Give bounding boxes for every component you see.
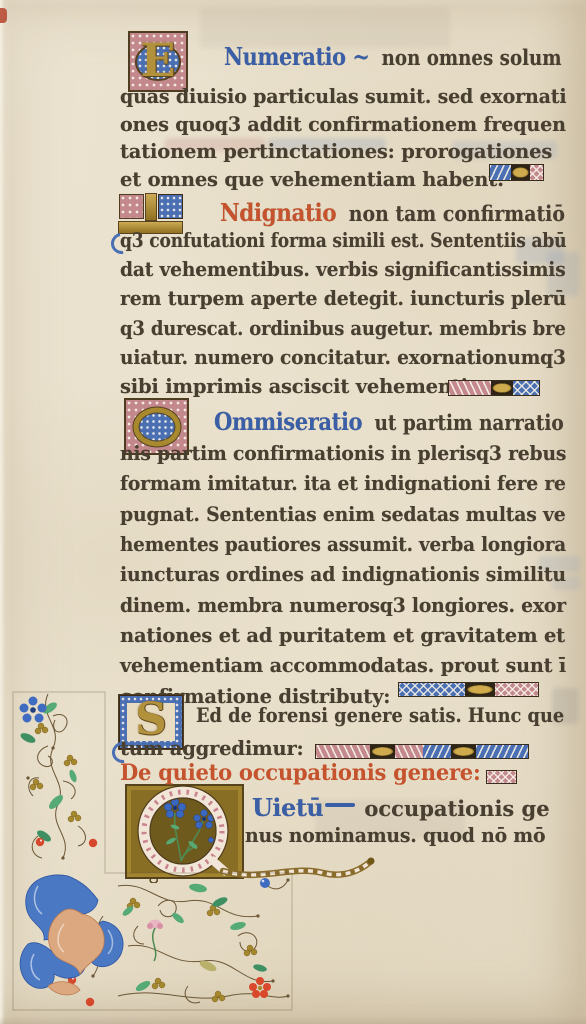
blue-berry-highlight	[262, 880, 265, 883]
text-line: dinem. membra numerosq3 longiores. exor	[120, 591, 549, 621]
initial-blue-square	[158, 194, 183, 219]
text-line: vehementiam accommodatas. prout sunt ī	[120, 651, 560, 681]
text-block: nis partim confirmationis in plerisq3 re…	[120, 439, 566, 712]
page-edge-shadow	[0, 1016, 586, 1024]
initial-rose-square	[119, 194, 144, 219]
filler-gold-oval	[370, 745, 396, 758]
first-line-rest: ut partim narratio	[374, 410, 563, 435]
text-line: nis partim confirmationis in plerisq3 re…	[120, 439, 549, 469]
text-first-line: Numeratio ~ non omnes solum	[224, 42, 562, 71]
filler-pink-segment	[395, 745, 423, 758]
text-first-line: Ed de forensi genere satis. Hunc que	[196, 703, 564, 727]
text-line: q3 durescat. ordinibus augetur. membris …	[120, 314, 532, 343]
text-line: q3 confutationi forma simili est. Senten…	[120, 226, 511, 255]
page-edge-highlight	[0, 0, 5, 1024]
filler-pink-segment	[316, 745, 370, 758]
filler-blue-segment	[513, 381, 539, 395]
filler-gold-oval	[465, 683, 495, 696]
filler-pink-segment	[530, 165, 543, 180]
text-block: q3 confutationi forma simili est. Senten…	[120, 226, 566, 401]
text-first-line: Uietū occupationis ge	[252, 793, 550, 822]
rubric-heading: De quieto occupationis genere:	[120, 760, 480, 786]
initial-gold-stem	[145, 193, 157, 221]
filler-blue-segment	[476, 745, 528, 758]
initial-letter: E	[140, 37, 175, 83]
filler-gold-oval	[491, 381, 513, 395]
opening-word: Uietū	[252, 793, 323, 822]
pink-flower	[147, 920, 163, 962]
blue-flower	[20, 697, 47, 723]
text-line: rem turpem aperte detegit. iuncturis ple…	[120, 284, 551, 313]
text-line: ones quoq3 addit confirmationem frequen	[120, 111, 557, 139]
opening-word: Numeratio ~	[224, 42, 369, 71]
text-first-line: Ommiseratio ut partim narratio	[214, 407, 564, 436]
line-filler-C	[398, 682, 539, 697]
filler-gold-oval	[511, 165, 530, 180]
acanthus	[20, 875, 123, 995]
text-line: nus nominamus. quod nō mō	[245, 822, 534, 850]
opening-word: Ommiseratio	[214, 407, 362, 436]
line-filler-B	[448, 380, 540, 396]
text-block: nus nominamus. quod nō mō	[245, 822, 545, 850]
text-first-line: Ndignatio non tam confirmatiō	[220, 198, 565, 227]
line-filler-A	[489, 164, 544, 181]
filler-pink-segment	[495, 683, 538, 696]
filler-blue-segment	[490, 165, 511, 180]
filler-blue-segment	[399, 683, 465, 696]
text-line: quas diuisio particulas sumit. sed exorn…	[120, 83, 555, 111]
line-filler-E	[486, 770, 517, 784]
line-filler-D	[315, 744, 529, 759]
manuscript-page: E Numeratio ~ non omnes solum quas diuis…	[0, 0, 586, 1024]
filler-pink-segment	[449, 381, 491, 395]
text-line: iuncturas ordines ad indignationis simil…	[120, 560, 551, 590]
filler-blue-segment	[423, 745, 451, 758]
filler-pink-segment	[487, 771, 516, 783]
text-line: tationem pertinctationes: prorogationes	[120, 138, 566, 166]
red-corner-mark	[0, 8, 7, 23]
text-line: pugnat. Sententias enim sedatas multas v…	[120, 500, 551, 530]
text-line: hementes pautiores assumit. verba longio…	[120, 530, 541, 560]
text-line: formam imitatur. ita et indignationi fer…	[120, 469, 549, 499]
filler-gold-oval	[451, 745, 477, 758]
blue-berry	[260, 878, 270, 888]
opening-word: Ndignatio	[220, 198, 336, 227]
text-line: dat vehementibus. verbis significantissi…	[120, 255, 547, 284]
tie-stroke	[325, 803, 355, 807]
first-line-rest: non tam confirmatiō	[349, 201, 565, 226]
first-line-rest: Ed de forensi genere satis. Hunc que	[196, 703, 564, 727]
first-line-rest: occupationis ge	[364, 796, 549, 821]
text-line: uiatur. numero concitatur. exornationumq…	[120, 343, 545, 372]
first-line-rest: non omnes solum	[382, 45, 562, 70]
text-line: nationes et ad puritatem et gravitatem e…	[120, 621, 566, 651]
